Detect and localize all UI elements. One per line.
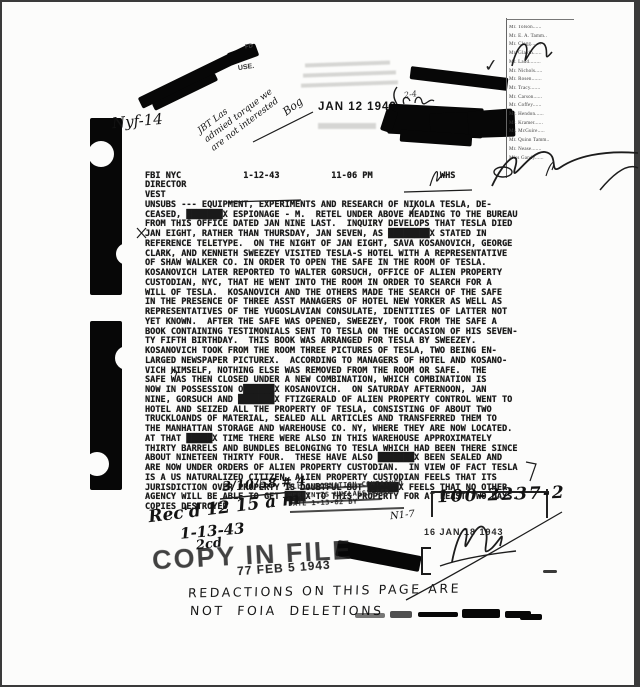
punch-hole <box>115 346 139 370</box>
routing-list-entry: Mr. Carson...... <box>509 94 549 103</box>
file-number-box <box>431 492 433 517</box>
handwritten-file-note: Nyf-14 <box>111 110 163 132</box>
routing-list-entry: Mr. Ladd........ <box>509 59 549 68</box>
routing-list-entry: Mr. Quinn Tamm.. <box>509 137 549 146</box>
ink-smear <box>390 611 412 618</box>
handwritten-note: N1-7 <box>389 509 415 523</box>
punch-hole <box>116 243 138 265</box>
check-mark: ✓ <box>483 55 499 76</box>
signature-scrawl <box>546 162 554 176</box>
handwritten-pencil-note: 2-4 <box>403 89 417 100</box>
routing-list-entry: Mr. Nichols..... <box>509 68 549 77</box>
ink-smear <box>462 609 500 618</box>
redaction-bar <box>227 43 260 65</box>
ink-smear <box>543 570 557 573</box>
teletype-line: DIRECTOR <box>145 181 518 191</box>
teletype-line: FBI NYC 1-12-43 11-06 PM WHS <box>145 172 518 182</box>
stamp-bracket <box>421 547 431 549</box>
faint-stamp-line <box>305 61 390 68</box>
record-date-stamp: 16 JAN 18 1943 <box>424 527 504 537</box>
routing-box-border <box>506 19 574 20</box>
faint-stamp-line <box>301 80 398 87</box>
stamp-bracket <box>421 573 431 575</box>
routing-list-entry: Mr. Tracy....... <box>509 85 549 94</box>
routing-list-entry: Mr. Kramer...... <box>509 120 549 129</box>
scan-edge-right <box>634 0 640 687</box>
handwritten-margin-note: JBT Las admied torque we are not interes… <box>196 78 282 154</box>
routing-list-entry: Mr. Hendon...... <box>509 111 549 120</box>
declassification-stamp: ALL INFORMATION CONTAINED HEREIN IS UNCL… <box>288 479 404 509</box>
handwritten-initials: Bog <box>280 95 305 118</box>
ink-smear <box>520 614 542 620</box>
ink-smear <box>355 613 385 618</box>
scan-edge-top <box>0 0 640 2</box>
routing-list-entry: Mr. Rosen....... <box>509 76 549 85</box>
routing-list-entry: Mr. E. A. Tamm.. <box>509 33 549 42</box>
stamp-bracket <box>421 547 423 575</box>
scan-edge-left <box>0 0 2 687</box>
signature-scrawl <box>440 551 516 566</box>
pencil-seven-mark <box>526 462 536 481</box>
routing-box-border <box>506 18 507 178</box>
faint-stamp-line <box>303 70 396 77</box>
scanned-fbi-teletype-page: JAN 12 1943 FBI NYC 1-12-43 11-06 PM WHS… <box>0 0 640 687</box>
routing-list-entry: Mr. McGuire..... <box>509 128 549 137</box>
punch-hole <box>85 452 109 476</box>
ink-smear <box>418 612 458 617</box>
routing-list-entry: Mr. Nease....... <box>509 146 549 155</box>
faint-stamp-line <box>318 123 376 129</box>
stamp-fragment: USE. <box>238 63 255 72</box>
signature-scrawl <box>600 167 638 190</box>
handwritten-redactions-note-line1: REDACTIONS ON THIS PAGE ARE <box>188 581 462 601</box>
routing-list: Mr. Tolson......Mr. E. A. Tamm..Mr. Cleg… <box>509 24 549 163</box>
punch-hole <box>88 141 114 167</box>
teletype-body: FBI NYC 1-12-43 11-06 PM WHSDIRECTORVEST… <box>145 152 518 201</box>
routing-list-entry: Miss Gandy...... <box>509 155 549 164</box>
routing-list-entry: Mr. Clegg....... <box>509 41 549 50</box>
routing-list-entry: Mr. Coffey...... <box>509 102 549 111</box>
routing-list-entry: Mr. Glavin...... <box>509 50 549 59</box>
routing-list-entry: Mr. Tolson...... <box>509 24 549 33</box>
